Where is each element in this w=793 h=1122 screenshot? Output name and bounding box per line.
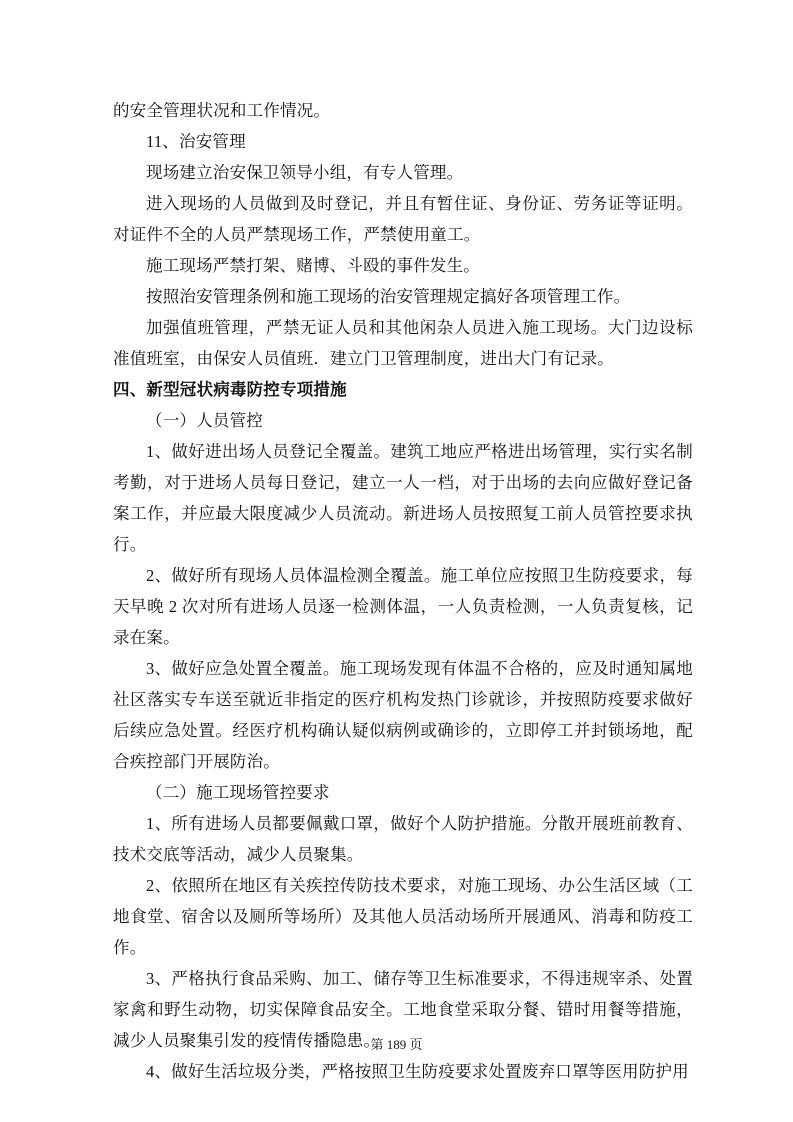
paragraph: 2、做好所有现场人员体温检测全覆盖。施工单位应按照卫生防疫要求，每天早晚 2 次… (113, 560, 693, 653)
document-body: 的安全管理状况和工作情况。11、治安管理现场建立治安保卫领导小组，有专人管理。进… (113, 95, 693, 1087)
subsection-heading: （二）施工现场管控要求 (113, 777, 693, 808)
paragraph: 施工现场严禁打架、赌博、斗殴的事件发生。 (113, 250, 693, 281)
section-heading: 四、新型冠状病毒防控专项措施 (113, 374, 693, 405)
paragraph: 按照治安管理条例和施工现场的治安管理规定搞好各项管理工作。 (113, 281, 693, 312)
paragraph: 3、做好应急处置全覆盖。施工现场发现有体温不合格的，应及时通知属地社区落实专车送… (113, 653, 693, 777)
paragraph: 1、所有进场人员都要佩戴口罩，做好个人防护措施。分散开展班前教育、技术交底等活动… (113, 808, 693, 870)
paragraph: 4、做好生活垃圾分类，严格按照卫生防疫要求处置废弃口罩等医用防护用 (113, 1056, 693, 1087)
paragraph: 加强值班管理，严禁无证人员和其他闲杂人员进入施工现场。大门边设标准值班室，由保安… (113, 312, 693, 374)
subsection-heading: （一）人员管控 (113, 405, 693, 436)
paragraph: 现场建立治安保卫领导小组，有专人管理。 (113, 157, 693, 188)
paragraph: 11、治安管理 (113, 126, 693, 157)
page-number: 第 189 页 (370, 1037, 422, 1052)
page-footer: 第 189 页 (0, 1036, 793, 1054)
document-page: 的安全管理状况和工作情况。11、治安管理现场建立治安保卫领导小组，有专人管理。进… (0, 0, 793, 1122)
paragraph: 1、做好进出场人员登记全覆盖。建筑工地应严格进出场管理，实行实名制考勤，对于进场… (113, 436, 693, 560)
paragraph-continuation: 的安全管理状况和工作情况。 (113, 95, 693, 126)
paragraph: 2、依照所在地区有关疾控传防技术要求，对施工现场、办公生活区域（工地食堂、宿舍以… (113, 870, 693, 963)
paragraph: 进入现场的人员做到及时登记，并且有暂住证、身份证、劳务证等证明。对证件不全的人员… (113, 188, 693, 250)
